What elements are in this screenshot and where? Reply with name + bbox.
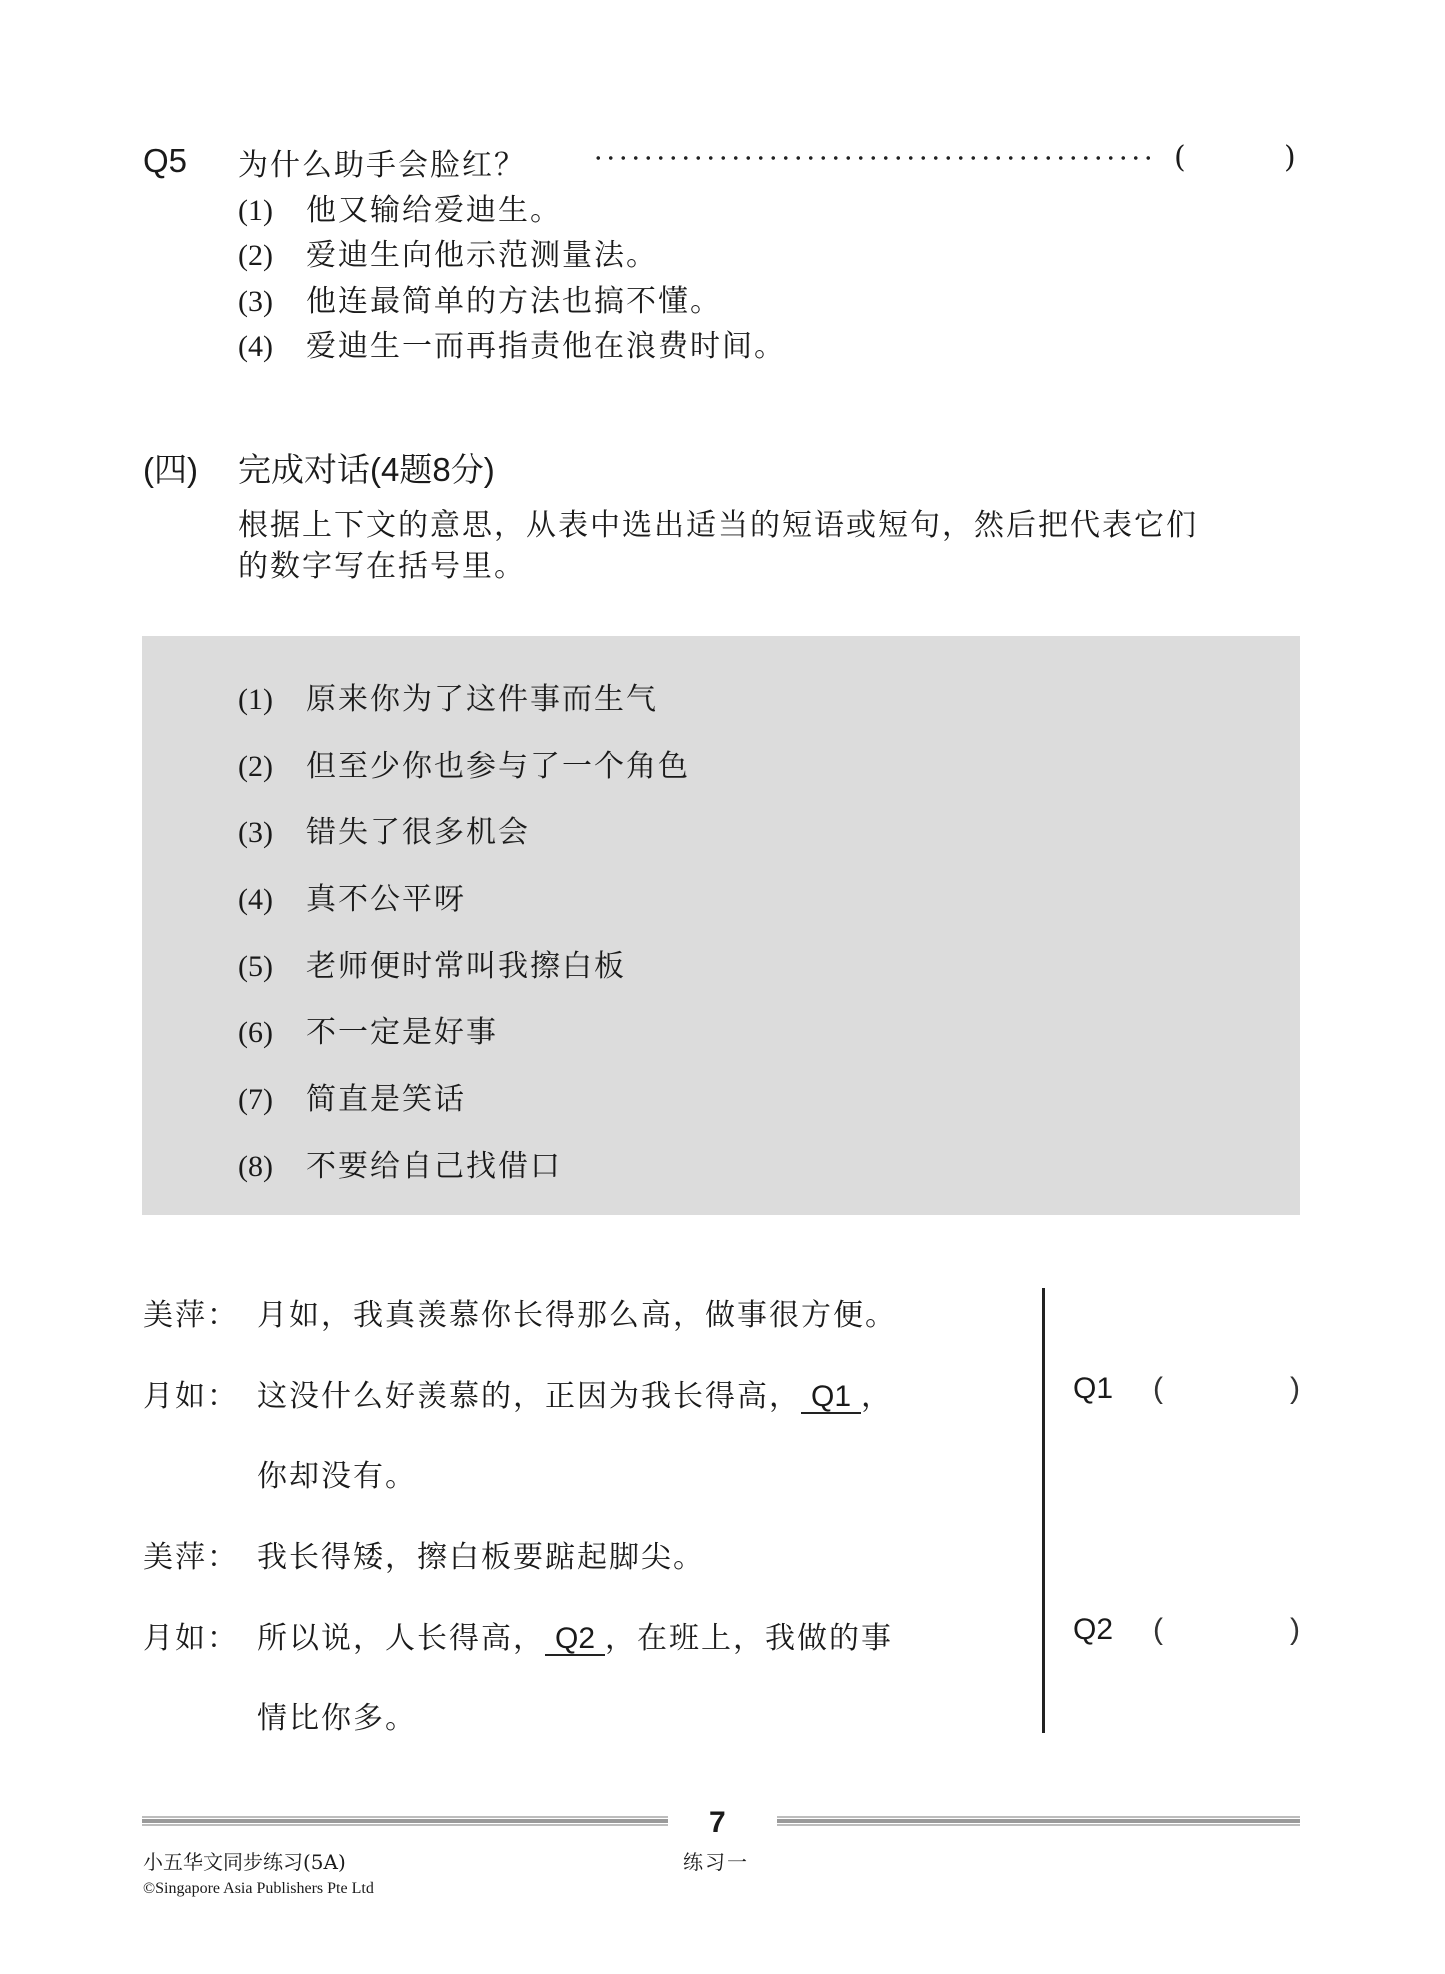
speaker: 月如： (143, 1371, 239, 1415)
question-text: 为什么助手会脸红？ (238, 140, 526, 184)
section-number: (四) (143, 444, 198, 491)
phrase-text: 原来你为了这件事而生气 (306, 682, 658, 717)
option-number: (2) (238, 239, 306, 273)
section-title: 完成对话(4题8分) (238, 444, 495, 491)
phrase-text: 不要给自己找借口 (306, 1149, 562, 1184)
book-title: 小五华文同步练习(5A) (143, 1846, 346, 1875)
phrase-item-4: (4)真不公平呀 (238, 874, 466, 918)
option-3: (3)他连最简单的方法也搞不懂。 (238, 276, 722, 320)
answer-blank[interactable] (1190, 140, 1280, 176)
phrase-number: (2) (238, 750, 306, 784)
dialogue-text: 这没什么好羡慕的，正因为我长得高，Q1， (257, 1371, 893, 1415)
dialogue-text: 月如，我真羡慕你长得那么高，做事很方便。 (257, 1290, 897, 1334)
phrase-item-7: (7)简直是笑话 (238, 1074, 466, 1118)
option-text: 他连最简单的方法也搞不懂。 (306, 284, 722, 319)
dialogue-text: 情比你多。 (257, 1693, 417, 1737)
option-number: (1) (238, 194, 306, 228)
dialogue-text: 我长得矮，擦白板要踮起脚尖。 (257, 1532, 705, 1576)
phrase-item-6: (6)不一定是好事 (238, 1007, 498, 1051)
answer-paren-close: ) (1290, 1372, 1300, 1406)
phrase-box (142, 636, 1300, 1215)
answer-label-q1: Q1 (1073, 1372, 1113, 1406)
phrase-number: (7) (238, 1083, 306, 1117)
phrase-number: (4) (238, 883, 306, 917)
option-number: (4) (238, 330, 306, 364)
answer-paren-close: ) (1290, 1613, 1300, 1647)
speaker: 月如： (143, 1613, 239, 1657)
phrase-text: 老师便时常叫我擦白板 (306, 949, 626, 984)
divider-line (1042, 1288, 1045, 1733)
speaker: 美萍： (143, 1532, 239, 1576)
answer-blank-q1[interactable] (1170, 1372, 1280, 1408)
phrase-item-8: (8)不要给自己找借口 (238, 1141, 562, 1185)
answer-paren-close: ) (1284, 140, 1296, 175)
phrase-item-3: (3)错失了很多机会 (238, 807, 530, 851)
option-1: (1)他又输给爱迪生。 (238, 185, 562, 229)
dialogue-text-after: ，在班上，我做的事 (605, 1621, 893, 1656)
footer-rule-right (777, 1816, 1300, 1826)
phrase-number: (6) (238, 1016, 306, 1050)
answer-paren-open: ( (1153, 1613, 1163, 1647)
speaker: 美萍： (143, 1290, 239, 1334)
phrase-text: 不一定是好事 (306, 1015, 498, 1050)
phrase-text: 但至少你也参与了一个角色 (306, 749, 690, 784)
blank-q2: Q2 (545, 1624, 605, 1656)
dialogue-text-after: ， (861, 1379, 893, 1414)
dialogue-text-before: 所以说，人长得高， (257, 1621, 545, 1656)
dialogue-text-before: 这没什么好羡慕的，正因为我长得高， (257, 1379, 801, 1414)
instruction-line-1: 根据上下文的意思，从表中选出适当的短语或短句，然后把代表它们 (238, 500, 1198, 544)
option-4: (4)爱迪生一而再指责他在浪费时间。 (238, 321, 786, 365)
answer-label-q2: Q2 (1073, 1613, 1113, 1647)
phrase-number: (1) (238, 683, 306, 717)
answer-paren-open: ( (1153, 1372, 1163, 1406)
copyright: ©Singapore Asia Publishers Pte Ltd (143, 1880, 374, 1898)
footer-rule-left (142, 1816, 668, 1826)
page-number: 7 (709, 1806, 726, 1840)
dialogue-text: 你却没有。 (257, 1451, 417, 1495)
option-text: 爱迪生一而再指责他在浪费时间。 (306, 329, 786, 364)
option-text: 爱迪生向他示范测量法。 (306, 238, 658, 273)
phrase-text: 错失了很多机会 (306, 815, 530, 850)
phrase-item-2: (2)但至少你也参与了一个角色 (238, 741, 690, 785)
phrase-number: (5) (238, 950, 306, 984)
phrase-number: (3) (238, 816, 306, 850)
answer-blank-q2[interactable] (1170, 1613, 1280, 1649)
option-2: (2)爱迪生向他示范测量法。 (238, 230, 658, 274)
blank-q1: Q1 (801, 1382, 861, 1414)
answer-paren-open: ( (1174, 140, 1186, 175)
dialogue-text: 所以说，人长得高，Q2，在班上，我做的事 (257, 1613, 893, 1657)
option-number: (3) (238, 285, 306, 319)
phrase-text: 真不公平呀 (306, 882, 466, 917)
phrase-item-5: (5)老师便时常叫我擦白板 (238, 941, 626, 985)
instruction-line-2: 的数字写在括号里。 (238, 541, 526, 585)
phrase-text: 简直是笑话 (306, 1082, 466, 1117)
dotted-leader (592, 155, 1152, 161)
phrase-item-1: (1)原来你为了这件事而生气 (238, 674, 658, 718)
question-number: Q5 (143, 142, 187, 180)
option-text: 他又输给爱迪生。 (306, 193, 562, 228)
phrase-number: (8) (238, 1150, 306, 1184)
chapter-label: 练习一 (683, 1846, 749, 1875)
